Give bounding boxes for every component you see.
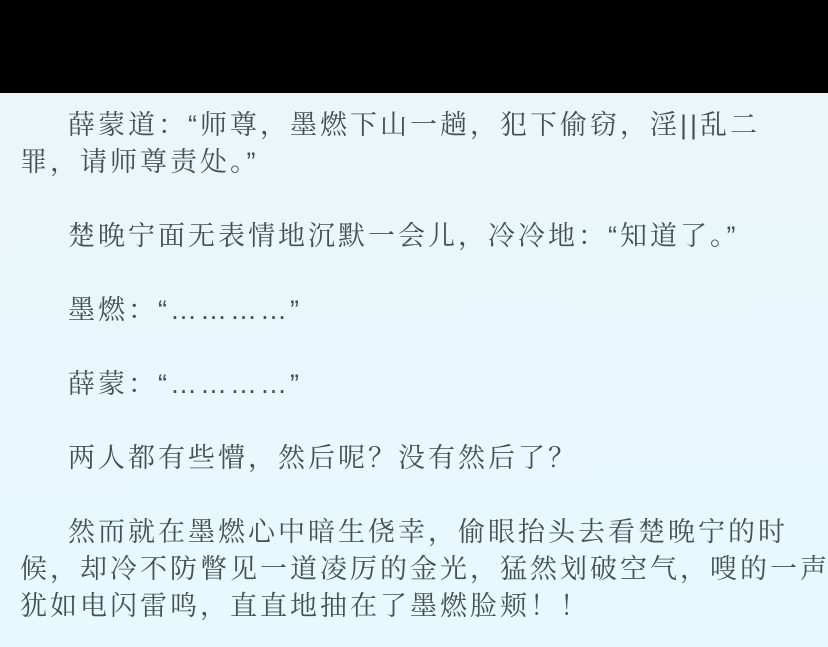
text-line: 然而就在墨燃心中暗生侥幸，偷眼抬头去看楚晚宁的时	[20, 514, 808, 551]
paragraph: 然而就在墨燃心中暗生侥幸，偷眼抬头去看楚晚宁的时候，却冷不防瞥见一道凌厉的金光，…	[20, 514, 808, 625]
text-line: 薛蒙道：“师尊，墨燃下山一趟，犯下偷窃，淫||乱二	[20, 107, 808, 144]
text-line: 候，却冷不防瞥见一道凌厉的金光，猛然划破空气，嗖的一声	[20, 551, 808, 588]
text-line: 墨燃：“…………”	[20, 292, 808, 329]
text-line: 犹如电闪雷鸣，直直地抽在了墨燃脸颊！！	[20, 588, 808, 625]
text-line: 两人都有些懵，然后呢？没有然后了？	[20, 440, 808, 477]
paragraph: 两人都有些懵，然后呢？没有然后了？	[20, 440, 808, 477]
text-line: 罪，请师尊责处。”	[20, 144, 808, 181]
top-black-bar	[0, 0, 828, 93]
reader-content[interactable]: 薛蒙道：“师尊，墨燃下山一趟，犯下偷窃，淫||乱二罪，请师尊责处。”楚晚宁面无表…	[0, 93, 828, 625]
paragraph: 薛蒙道：“师尊，墨燃下山一趟，犯下偷窃，淫||乱二罪，请师尊责处。”	[20, 107, 808, 181]
paragraph: 墨燃：“…………”	[20, 292, 808, 329]
paragraph: 楚晚宁面无表情地沉默一会儿，冷冷地：“知道了。”	[20, 218, 808, 255]
text-line: 楚晚宁面无表情地沉默一会儿，冷冷地：“知道了。”	[20, 218, 808, 255]
text-line: 薛蒙：“…………”	[20, 366, 808, 403]
paragraph: 薛蒙：“…………”	[20, 366, 808, 403]
reader-screen: 薛蒙道：“师尊，墨燃下山一趟，犯下偷窃，淫||乱二罪，请师尊责处。”楚晚宁面无表…	[0, 0, 828, 647]
